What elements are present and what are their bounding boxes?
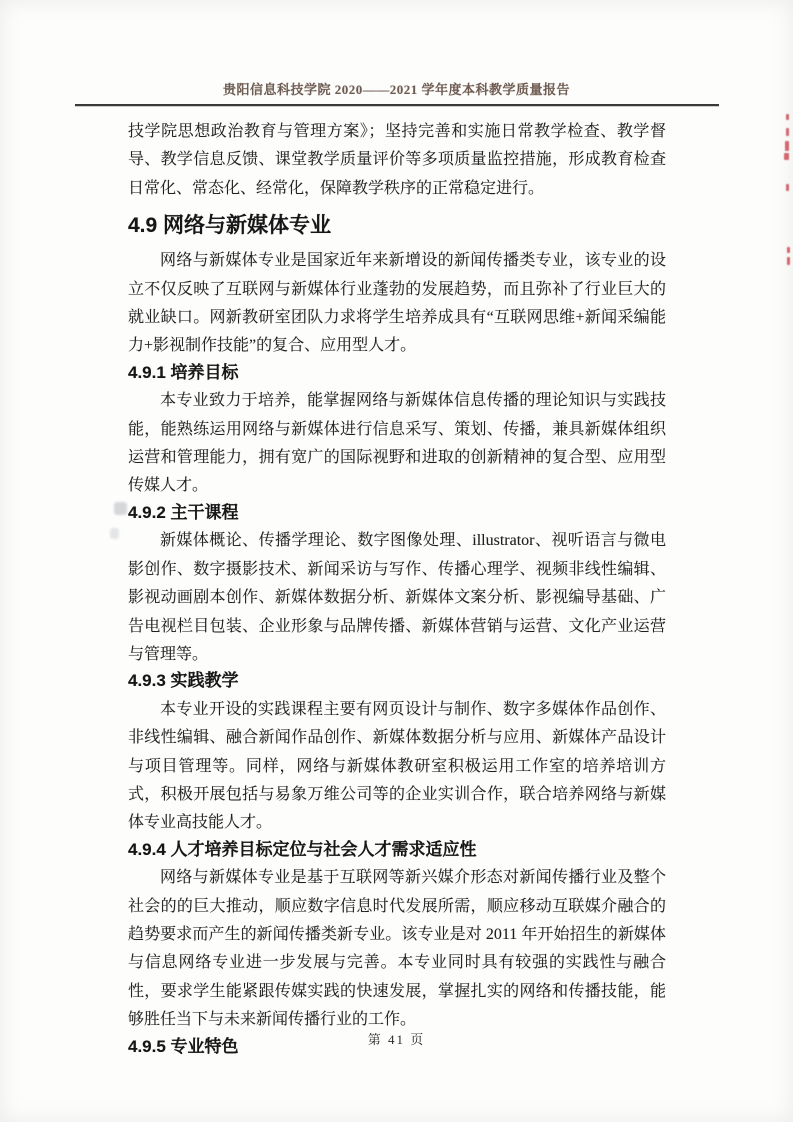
- body-paragraph: 网络与新媒体专业是国家近年来新增设的新闻传播类专业，该专业的设立不仅反映了互联网…: [128, 247, 666, 361]
- body-paragraph: 本专业致力于培养，能掌握网络与新媒体信息传播的理论知识与实践技能，能熟练运用网络…: [128, 387, 666, 501]
- document-page: 贵阳信息科技学院 2020——2021 学年度本科教学质量报告 技学院思想政治教…: [0, 0, 793, 1122]
- page-footer: 第 41 页: [0, 1029, 793, 1048]
- body-paragraph: 技学院思想政治教育与管理方案》；坚持完善和实施日常教学检查、教学督导、教学信息反…: [128, 118, 666, 203]
- section-heading: 4.9.3 实践教学: [128, 671, 666, 691]
- header-running-title: 贵阳信息科技学院 2020——2021 学年度本科教学质量报告: [0, 0, 793, 98]
- document-content: 技学院思想政治教育与管理方案》；坚持完善和实施日常教学检查、教学督导、教学信息反…: [128, 118, 666, 1061]
- scan-red-mark: [785, 141, 789, 151]
- scan-red-mark: [784, 153, 789, 160]
- scan-red-mark: [786, 128, 789, 136]
- scan-red-mark: [787, 247, 790, 253]
- scan-smudge: [114, 502, 127, 515]
- scan-red-mark: [786, 184, 789, 191]
- section-heading: 4.9.1 培养目标: [128, 363, 666, 383]
- scan-red-mark: [787, 257, 790, 265]
- body-paragraph: 网络与新媒体专业是基于互联网等新兴媒介形态对新闻传播行业及整个社会的的巨大推动，…: [128, 864, 666, 1034]
- page-number: 第 41 页: [368, 1032, 426, 1047]
- body-paragraph: 本专业开设的实践课程主要有网页设计与制作、数字多媒体作品创作、非线性编辑、融合新…: [128, 696, 666, 838]
- section-heading: 4.9.4 人才培养目标定位与社会人才需求适应性: [128, 840, 666, 860]
- scan-smudge: [110, 528, 119, 539]
- body-paragraph: 新媒体概论、传播学理论、数字图像处理、illustrator、视听语言与微电影创…: [128, 527, 666, 669]
- section-heading: 4.9 网络与新媒体专业: [128, 213, 666, 238]
- section-heading: 4.9.2 主干课程: [128, 503, 666, 523]
- scan-red-mark: [786, 114, 789, 120]
- header-rule: [75, 104, 719, 106]
- page-header: 贵阳信息科技学院 2020——2021 学年度本科教学质量报告: [0, 0, 793, 106]
